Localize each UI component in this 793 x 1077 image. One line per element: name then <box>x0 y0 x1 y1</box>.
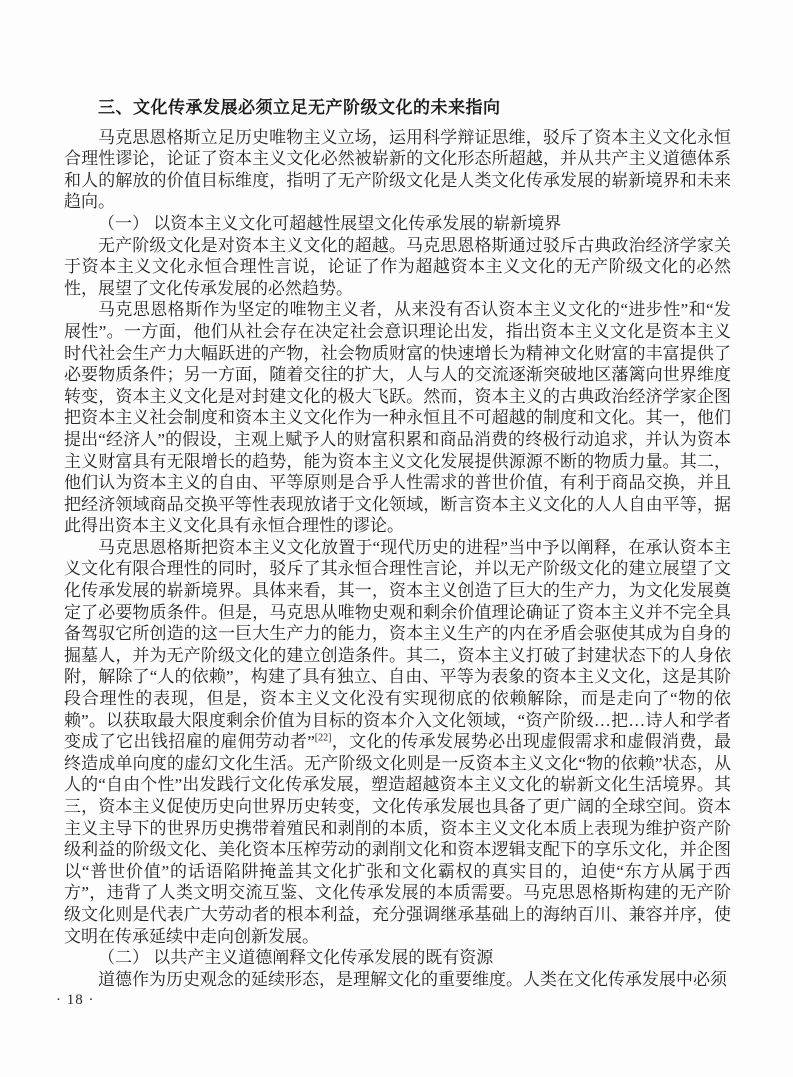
paragraph-2: 无产阶级文化是对资本主义文化的超越。马克思恩格斯通过驳斥古典政治经济学家关于资本… <box>64 235 731 300</box>
paragraph-4: 马克思恩格斯把资本主义文化放置于“现代历史的进程”当中予以阐释，在承认资本主义文… <box>64 537 731 947</box>
subsection-2-heading: （二） 以共产主义道德阐释文化传承发展的既有资源 <box>64 947 731 969</box>
paragraph-3: 马克思恩格斯作为坚定的唯物主义者，从来没有否认资本主义文化的“进步性”和“发展性… <box>64 299 731 537</box>
document-page: 三、文化传承发展必须立足无产阶级文化的未来指向 马克思恩格斯立足历史唯物主义立场… <box>0 0 793 1077</box>
subsection-1-heading: （一） 以资本主义文化可超越性展望文化传承发展的崭新境界 <box>64 213 731 235</box>
page-number: · 18 · <box>56 990 95 1010</box>
section-heading: 三、文化传承发展必须立足无产阶级文化的未来指向 <box>64 97 731 119</box>
paragraph-4-text-before-citation: 马克思恩格斯把资本主义文化放置于“现代历史的进程”当中予以阐释，在承认资本主义文… <box>64 538 731 751</box>
citation-reference-22: [22] <box>315 733 332 744</box>
paragraph-5: 道德作为历史观念的延续形态，是理解文化的重要维度。人类在文化传承发展中必须 <box>64 969 731 991</box>
paragraph-4-text-after-citation: ，文化的传承发展势必出现虚假需求和虚假消费，最终造成单向度的虚幻文化生活。无产阶… <box>64 732 731 945</box>
paragraph-intro: 马克思恩格斯立足历史唯物主义立场，运用科学辩证思维，驳斥了资本主义文化永恒合理性… <box>64 127 731 213</box>
